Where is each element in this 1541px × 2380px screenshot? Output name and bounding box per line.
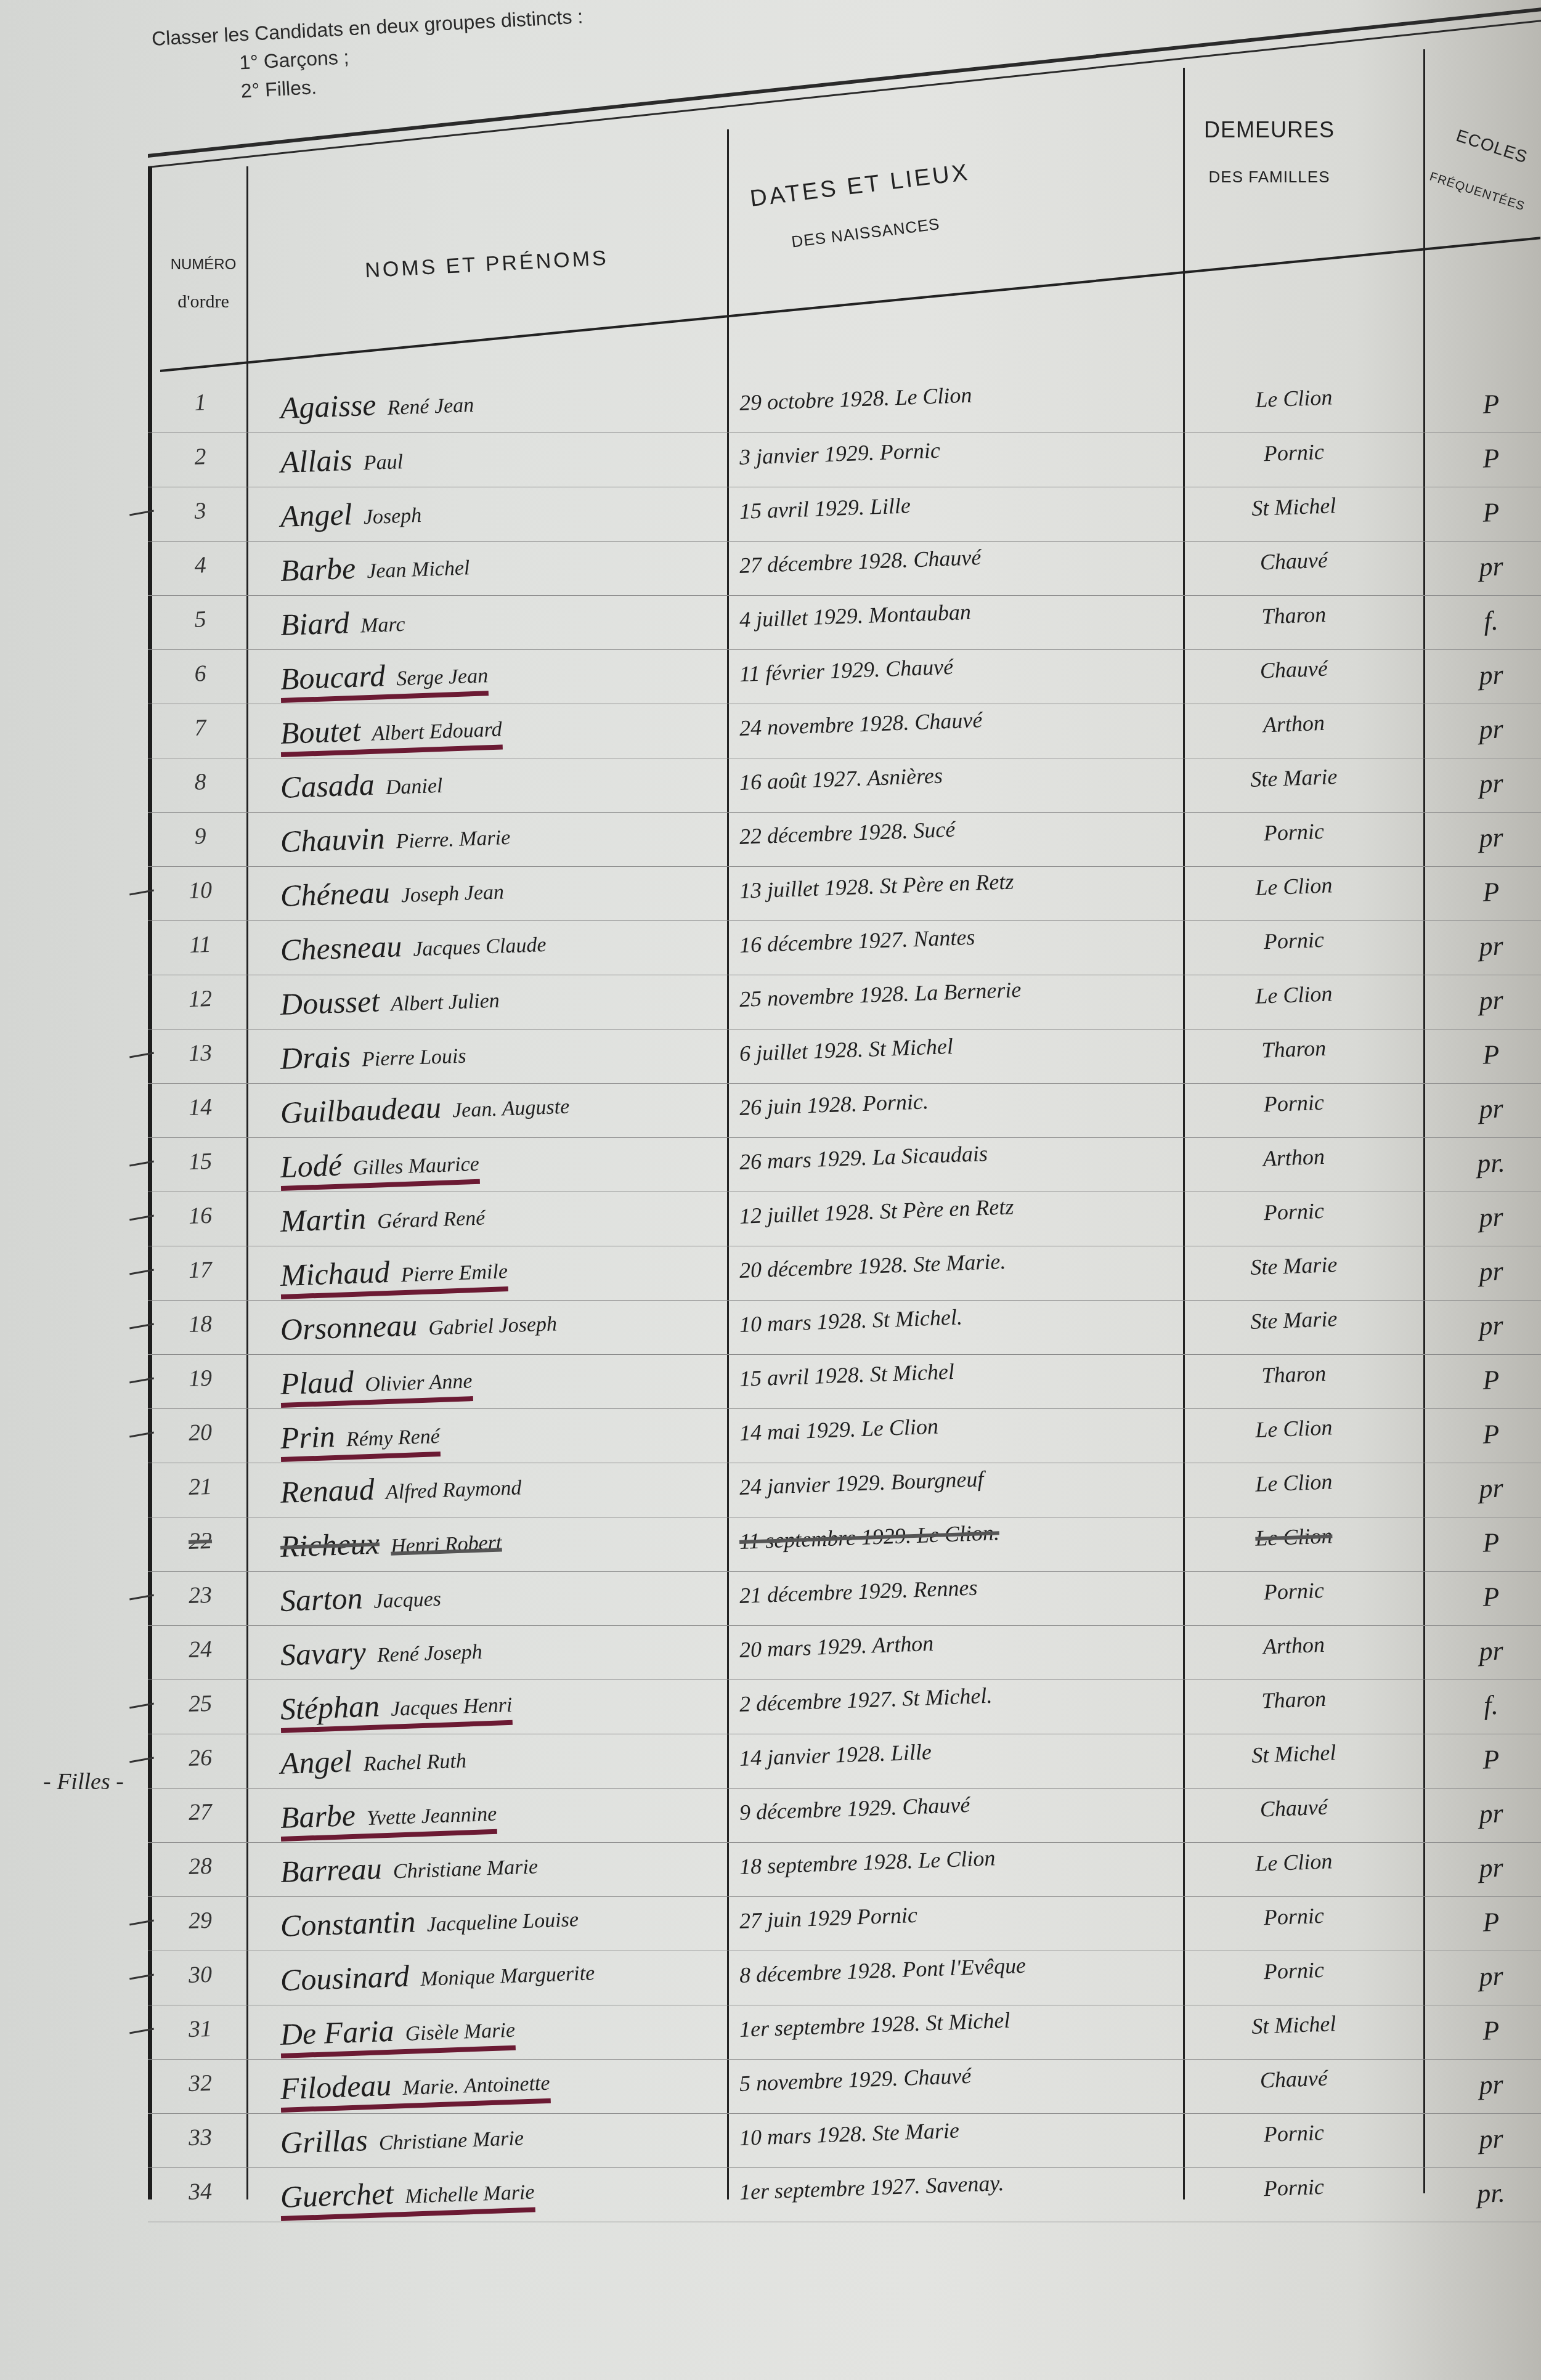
candidate-name: DraisPierre Louis (280, 1034, 466, 1076)
birth-date-place: 11 septembre 1929. Le Clion. (739, 1519, 999, 1554)
candidate-name: AgaisseRené Jean (280, 383, 474, 426)
school-attended: pr (1441, 1850, 1541, 1885)
candidate-surname: Cousinard (280, 1959, 410, 1997)
birth-date-place: 25 novembre 1928. La Bernerie (739, 977, 1022, 1012)
birth-date-place: 20 décembre 1928. Ste Marie. (739, 1248, 1006, 1283)
row-number: 3 (172, 497, 228, 526)
school-attended: pr (1441, 820, 1541, 855)
school-attended: pr (1441, 657, 1541, 692)
candidate-surname: Guilbaudeau (280, 1090, 442, 1130)
candidate-surname: Grillas (280, 2122, 368, 2160)
candidate-name: GuerchetMichelle Marie (280, 2171, 535, 2221)
table-row: 6 BoucardSerge Jean 11 février 1929. Cha… (148, 650, 1541, 704)
candidate-name: CasadaDaniel (280, 764, 443, 805)
candidate-surname: Angel (280, 1744, 353, 1781)
table-body: 1 AgaisseRené Jean 29 octobre 1928. Le C… (148, 379, 1541, 2222)
candidate-given-names: Rachel Ruth (363, 1749, 466, 1776)
table-row: 14 GuilbaudeauJean. Auguste 26 juin 1928… (148, 1084, 1541, 1138)
table-row: 5 BiardMarc 4 juillet 1929. Montauban Th… (148, 596, 1541, 650)
family-residence: Le Clion (1164, 869, 1423, 904)
row-number: 18 (172, 1310, 228, 1339)
family-residence: Arthon (1164, 706, 1423, 741)
school-attended: P (1441, 1904, 1541, 1939)
candidates-table: NUMÉRO d'ordre NOMS ET PRÉNOMS DATES ET … (148, 166, 1541, 2224)
birth-date-place: 10 mars 1928. Ste Marie (739, 2118, 959, 2151)
candidate-name: RicheuxHenri Robert (280, 1521, 502, 1564)
margin-tick-mark (129, 1323, 154, 1330)
row-number: 7 (172, 713, 228, 742)
table-row: 27 BarbeYvette Jeannine 9 décembre 1929.… (148, 1789, 1541, 1843)
table-row: 17 MichaudPierre Emile 20 décembre 1928.… (148, 1246, 1541, 1301)
candidate-surname: Renaud (280, 1472, 375, 1509)
candidate-surname: Barbe (280, 1798, 356, 1835)
school-attended: pr (1441, 2121, 1541, 2156)
birth-date-place: 5 novembre 1929. Chauvé (739, 2063, 972, 2097)
family-residence: Le Clion (1164, 381, 1423, 416)
candidate-surname: Chauvin (280, 821, 385, 859)
school-attended: P (1441, 386, 1541, 421)
birth-date-place: 11 février 1929. Chauvé (739, 654, 954, 687)
school-attended: pr (1441, 1471, 1541, 1506)
family-residence: Pornic (1164, 1086, 1423, 1121)
birth-date-place: 14 janvier 1928. Lille (739, 1739, 932, 1771)
school-attended: pr (1441, 1308, 1541, 1343)
candidate-given-names: Joseph Jean (400, 880, 504, 907)
candidate-name: ConstantinJacqueline Louise (280, 1898, 579, 1944)
birth-date-place: 15 avril 1929. Lille (739, 492, 911, 524)
candidate-surname: Agaisse (280, 388, 376, 425)
family-residence: Le Clion (1164, 1465, 1423, 1500)
candidate-given-names: Jacques (373, 1588, 442, 1613)
table-row: 31 De FariaGisèle Marie 1er septembre 19… (148, 2005, 1541, 2060)
row-number: 10 (172, 876, 228, 905)
candidate-name: AllaisPaul (280, 440, 404, 480)
row-number: 26 (172, 1744, 228, 1773)
candidate-given-names: Paul (363, 450, 403, 474)
school-attended: P (1441, 2013, 1541, 2048)
row-number: 17 (172, 1256, 228, 1285)
table-row: 25 StéphanJacques Henri 2 décembre 1927.… (148, 1680, 1541, 1734)
school-attended: pr (1441, 1091, 1541, 1126)
row-number: 23 (172, 1581, 228, 1610)
header-noms: NOMS ET PRÉNOMS (270, 242, 702, 288)
candidate-surname: Richeux (280, 1525, 380, 1564)
birth-date-place: 26 mars 1929. La Sicaudais (739, 1140, 988, 1175)
family-residence: Chauvé (1164, 543, 1423, 579)
margin-tick-mark (129, 1378, 154, 1384)
candidate-name: StéphanJacques Henri (280, 1683, 513, 1733)
candidate-surname: Lodé (280, 1148, 343, 1184)
row-number: 14 (172, 1093, 228, 1122)
candidate-given-names: Alfred Raymond (385, 1476, 522, 1504)
birth-date-place: 1er septembre 1927. Savenay. (739, 2170, 1004, 2205)
school-attended: P (1441, 1742, 1541, 1777)
row-number: 1 (172, 388, 228, 417)
family-residence: Arthon (1164, 1140, 1423, 1175)
family-residence: Tharon (1164, 1031, 1423, 1066)
school-attended: f. (1441, 603, 1541, 638)
table-row: 20 PrinRémy René 14 mai 1929. Le Clion L… (148, 1409, 1541, 1463)
candidate-given-names: Michelle Marie (404, 2181, 535, 2208)
row-number: 9 (172, 822, 228, 851)
school-attended: P (1441, 1416, 1541, 1452)
family-residence: Le Clion (1164, 1519, 1423, 1554)
birth-date-place: 27 juin 1929 Pornic (739, 1902, 917, 1934)
birth-date-place: 20 mars 1929. Arthon (739, 1630, 934, 1663)
margin-tick-mark (129, 2028, 154, 2034)
family-residence: Le Clion (1164, 977, 1423, 1012)
table-row: 23 SartonJacques 21 décembre 1929. Renne… (148, 1572, 1541, 1626)
candidate-given-names: Pierre Emile (400, 1260, 508, 1286)
school-attended: pr (1441, 1633, 1541, 1668)
margin-tick-mark (129, 1052, 154, 1058)
row-number: 32 (172, 2069, 228, 2098)
candidate-given-names: Jean Michel (367, 556, 470, 583)
header-ecoles-sub: FRÉQUENTÉES (1417, 166, 1538, 218)
instructions-block: Classer les Candidats en deux groupes di… (151, 2, 587, 109)
table-row: 18 OrsonneauGabriel Joseph 10 mars 1928.… (148, 1301, 1541, 1355)
header-dates-label: DATES ET LIEUX (749, 160, 971, 212)
family-residence: Pornic (1164, 923, 1423, 958)
table-row: 22 RicheuxHenri Robert 11 septembre 1929… (148, 1517, 1541, 1572)
candidate-surname: Martin (280, 1201, 367, 1238)
family-residence: Ste Marie (1164, 760, 1423, 795)
birth-date-place: 27 décembre 1928. Chauvé (739, 544, 982, 579)
candidate-name: BoutetAlbert Edouard (280, 707, 503, 757)
school-attended: P (1441, 1579, 1541, 1614)
row-number: 21 (172, 1472, 228, 1501)
margin-tick-mark (129, 1974, 154, 1980)
header-demeures: DEMEURES DES FAMILLES (1134, 117, 1405, 187)
candidate-name: BoucardSerge Jean (280, 654, 489, 703)
candidate-surname: Stéphan (280, 1688, 380, 1726)
header-demeures-sub: DES FAMILLES (1134, 168, 1405, 187)
table-row: 7 BoutetAlbert Edouard 24 novembre 1928.… (148, 704, 1541, 758)
candidate-name: BarbeYvette Jeannine (280, 1792, 498, 1842)
candidate-name: AngelJoseph (280, 493, 422, 534)
margin-tick-mark (129, 890, 154, 896)
row-number: 33 (172, 2123, 228, 2152)
candidate-given-names: Jacques Claude (413, 933, 547, 961)
document-page: Classer les Candidats en deux groupes di… (0, 0, 1541, 2380)
table-row: 8 CasadaDaniel 16 août 1927. Asnières St… (148, 758, 1541, 813)
school-attended: f. (1441, 1688, 1541, 1723)
candidate-name: SartonJacques (280, 1577, 442, 1618)
header-bottom-rule (160, 237, 1540, 372)
candidate-surname: Savary (280, 1635, 367, 1672)
candidate-surname: De Faria (280, 2013, 395, 2052)
header-demeures-label: DEMEURES (1204, 117, 1335, 142)
birth-date-place: 3 janvier 1929. Pornic (739, 437, 940, 470)
row-number: 30 (172, 1960, 228, 1989)
row-number: 11 (172, 930, 228, 959)
margin-tick-mark (129, 510, 154, 516)
birth-date-place: 1er septembre 1928. St Michel (739, 2007, 1010, 2042)
school-attended: pr (1441, 1200, 1541, 1235)
candidate-surname: Boutet (280, 713, 361, 750)
candidate-surname: Chesneau (280, 928, 402, 967)
row-number: 16 (172, 1201, 228, 1230)
candidate-surname: Guerchet (280, 2176, 394, 2214)
school-attended: pr (1441, 1796, 1541, 1831)
birth-date-place: 18 septembre 1928. Le Clion (739, 1845, 996, 1880)
candidate-given-names: Joseph (363, 504, 422, 529)
table-row: 21 RenaudAlfred Raymond 24 janvier 1929.… (148, 1463, 1541, 1517)
family-residence: Tharon (1164, 1357, 1423, 1392)
family-residence: St Michel (1164, 2007, 1423, 2042)
candidate-name: RenaudAlfred Raymond (280, 1466, 522, 1510)
family-residence: St Michel (1164, 1736, 1423, 1771)
table-row: 16 MartinGérard René 12 juillet 1928. St… (148, 1192, 1541, 1246)
table-row: 10 ChéneauJoseph Jean 13 juillet 1928. S… (148, 867, 1541, 921)
candidate-given-names: Yvette Jeannine (367, 1803, 497, 1830)
family-residence: Ste Marie (1164, 1248, 1423, 1283)
candidate-given-names: Rémy René (346, 1425, 440, 1451)
school-attended: P (1441, 874, 1541, 909)
candidate-name: OrsonneauGabriel Joseph (280, 1302, 558, 1347)
school-attended: pr. (1441, 1145, 1541, 1180)
candidate-given-names: Pierre. Marie (396, 826, 511, 853)
header-numero-sub: d'ordre (163, 283, 243, 320)
candidate-surname: Angel (280, 497, 353, 534)
candidate-name: De FariaGisèle Marie (280, 2008, 516, 2058)
candidate-surname: Plaud (280, 1364, 354, 1401)
candidate-given-names: Christiane Marie (378, 2127, 524, 2155)
birth-date-place: 22 décembre 1928. Sucé (739, 816, 956, 850)
candidate-name: BarreauChristiane Marie (280, 1845, 539, 1890)
table-row: 2 AllaisPaul 3 janvier 1929. Pornic Porn… (148, 433, 1541, 487)
candidate-given-names: Marc (360, 613, 406, 638)
candidate-name: AngelRachel Ruth (280, 1739, 467, 1781)
margin-tick-mark (129, 1161, 154, 1167)
candidate-surname: Michaud (280, 1254, 391, 1293)
table-row: 3 AngelJoseph 15 avril 1929. Lille St Mi… (148, 487, 1541, 542)
row-number: 31 (172, 2015, 228, 2044)
table-row: 11 ChesneauJacques Claude 16 décembre 19… (148, 921, 1541, 975)
candidate-surname: Drais (280, 1039, 351, 1076)
candidate-given-names: Gilles Maurice (352, 1153, 479, 1180)
row-number: 28 (172, 1852, 228, 1881)
row-number: 29 (172, 1906, 228, 1935)
candidate-surname: Allais (280, 442, 353, 479)
table-row: 4 BarbeJean Michel 27 décembre 1928. Cha… (148, 542, 1541, 596)
candidate-name: GuilbaudeauJean. Auguste (280, 1085, 570, 1131)
row-number: 20 (172, 1418, 228, 1447)
table-row: 32 FilodeauMarie. Antoinette 5 novembre … (148, 2060, 1541, 2114)
candidate-given-names: Henri Robert (390, 1531, 502, 1558)
birth-date-place: 2 décembre 1927. St Michel. (739, 1683, 993, 1717)
candidate-name: PrinRémy René (280, 1415, 441, 1462)
row-number: 13 (172, 1039, 228, 1068)
candidate-given-names: Gérard René (376, 1206, 485, 1233)
candidate-name: MartinGérard René (280, 1196, 486, 1239)
candidate-surname: Filodeau (280, 2068, 392, 2106)
table-row: 28 BarreauChristiane Marie 18 septembre … (148, 1843, 1541, 1897)
candidate-surname: Barbe (280, 551, 356, 588)
birth-date-place: 13 juillet 1928. St Père en Retz (739, 868, 1014, 904)
candidate-name: MichaudPierre Emile (280, 1249, 508, 1299)
candidate-surname: Dousset (280, 983, 380, 1021)
candidate-surname: Chéneau (280, 875, 391, 913)
family-residence: Tharon (1164, 1682, 1423, 1717)
candidate-surname: Barreau (280, 1851, 383, 1889)
school-attended: pr (1441, 1959, 1541, 1994)
row-number: 24 (172, 1635, 228, 1664)
birth-date-place: 21 décembre 1929. Rennes (739, 1575, 978, 1609)
birth-date-place: 16 août 1927. Asnières (739, 762, 943, 795)
birth-date-place: 15 avril 1928. St Michel (739, 1359, 954, 1392)
row-number: 22 (172, 1527, 228, 1556)
table-row: 30 CousinardMonique Marguerite 8 décembr… (148, 1951, 1541, 2005)
table-row: 19 PlaudOlivier Anne 15 avril 1928. St M… (148, 1355, 1541, 1409)
table-row: 1 AgaisseRené Jean 29 octobre 1928. Le C… (148, 379, 1541, 433)
candidate-given-names: Christiane Marie (392, 1855, 538, 1883)
table-row: 33 GrillasChristiane Marie 10 mars 1928.… (148, 2114, 1541, 2168)
candidate-given-names: René Jean (387, 394, 474, 420)
candidate-given-names: Monique Marguerite (420, 1962, 595, 1991)
family-residence: Chauvé (1164, 2061, 1423, 2097)
candidate-given-names: Serge Jean (396, 664, 489, 690)
candidate-name: ChauvinPierre. Marie (280, 816, 511, 859)
margin-tick-mark (129, 1594, 154, 1601)
candidate-given-names: Olivier Anne (365, 1370, 473, 1396)
row-number: 25 (172, 1689, 228, 1718)
header-numero-label: NUMÉRO (163, 246, 243, 283)
row-number: 6 (172, 659, 228, 688)
candidate-surname: Constantin (280, 1904, 416, 1943)
candidate-name: PlaudOlivier Anne (280, 1359, 473, 1408)
margin-tick-mark (129, 1703, 154, 1709)
table-row: 26 AngelRachel Ruth 14 janvier 1928. Lil… (148, 1734, 1541, 1789)
candidate-surname: Biard (280, 605, 350, 642)
family-residence: Pornic (1164, 814, 1423, 850)
margin-tick-mark (129, 1269, 154, 1275)
family-residence: Pornic (1164, 1899, 1423, 1934)
candidate-given-names: René Joseph (376, 1641, 482, 1667)
school-attended: pr (1441, 2067, 1541, 2102)
birth-date-place: 26 juin 1928. Pornic. (739, 1088, 929, 1121)
candidate-given-names: Jean. Auguste (452, 1095, 570, 1123)
row-number: 2 (172, 442, 228, 471)
school-attended: pr (1441, 549, 1541, 584)
row-number: 27 (172, 1798, 228, 1827)
header-ecoles: ECOLES FRÉQUENTÉES (1417, 118, 1541, 218)
candidate-name: FilodeauMarie. Antoinette (280, 2061, 551, 2113)
candidate-surname: Boucard (280, 658, 386, 696)
row-number: 5 (172, 605, 228, 634)
candidate-name: BarbeJean Michel (280, 546, 470, 588)
school-attended: P (1441, 1037, 1541, 1072)
family-residence: Le Clion (1164, 1845, 1423, 1880)
birth-date-place: 4 juillet 1929. Montauban (739, 599, 971, 633)
candidate-name: ChéneauJoseph Jean (280, 870, 505, 914)
family-residence: Tharon (1164, 598, 1423, 633)
school-attended: P (1441, 495, 1541, 530)
row-number: 15 (172, 1147, 228, 1176)
candidate-given-names: Daniel (385, 774, 443, 799)
row-number: 8 (172, 768, 228, 797)
school-attended: pr (1441, 928, 1541, 964)
birth-date-place: 16 décembre 1927. Nantes (739, 924, 975, 958)
birth-date-place: 10 mars 1928. St Michel. (739, 1304, 962, 1338)
candidate-given-names: Albert Edouard (372, 718, 502, 745)
school-attended: pr. (1441, 2175, 1541, 2211)
candidate-given-names: Jacqueline Louise (426, 1908, 579, 1936)
family-residence: Chauvé (1164, 1790, 1423, 1826)
candidate-name: ChesneauJacques Claude (280, 923, 547, 968)
birth-date-place: 14 mai 1929. Le Clion (739, 1413, 938, 1446)
family-residence: Chauvé (1164, 652, 1423, 687)
birth-date-place: 9 décembre 1929. Chauvé (739, 1792, 970, 1826)
family-residence: Ste Marie (1164, 1302, 1423, 1338)
family-residence: Pornic (1164, 2116, 1423, 2151)
birth-date-place: 24 janvier 1929. Bourgneuf (739, 1466, 984, 1500)
family-residence: Pornic (1164, 1953, 1423, 1988)
row-number: 19 (172, 1364, 228, 1393)
school-attended: pr (1441, 983, 1541, 1018)
school-attended: pr (1441, 1254, 1541, 1289)
margin-tick-mark (129, 1432, 154, 1438)
table-row: 12 DoussetAlbert Julien 25 novembre 1928… (148, 975, 1541, 1030)
candidate-given-names: Jacques Henri (390, 1694, 512, 1721)
table-row: 34 GuerchetMichelle Marie 1er septembre … (148, 2168, 1541, 2222)
header-dates: DATES ET LIEUX DES NAISSANCES (675, 150, 1050, 265)
candidate-given-names: Gisèle Marie (405, 2019, 516, 2045)
row-number: 34 (172, 2177, 228, 2206)
filles-section-label: - Filles - (43, 1768, 124, 1795)
candidate-surname: Casada (280, 767, 375, 805)
candidate-name: CousinardMonique Marguerite (280, 1951, 595, 1998)
school-attended: P (1441, 1362, 1541, 1397)
candidate-name: GrillasChristiane Marie (280, 2116, 524, 2161)
family-residence: Le Clion (1164, 1411, 1423, 1446)
family-residence: Pornic (1164, 1194, 1423, 1229)
table-row: 15 LodéGilles Maurice 26 mars 1929. La S… (148, 1138, 1541, 1192)
margin-tick-mark (129, 1757, 154, 1763)
school-attended: pr (1441, 712, 1541, 747)
family-residence: Pornic (1164, 2170, 1423, 2205)
table-row: 24 SavaryRené Joseph 20 mars 1929. Artho… (148, 1626, 1541, 1680)
candidate-name: SavaryRené Joseph (280, 1630, 483, 1673)
row-number: 12 (172, 985, 228, 1013)
margin-tick-mark (129, 1215, 154, 1221)
header-numero: NUMÉRO d'ordre (163, 246, 243, 320)
candidate-surname: Sarton (280, 1580, 363, 1618)
birth-date-place: 24 novembre 1928. Chauvé (739, 707, 983, 741)
birth-date-place: 8 décembre 1928. Pont l'Evêque (739, 1952, 1026, 1988)
candidate-given-names: Marie. Antoinette (402, 2072, 550, 2100)
family-residence: St Michel (1164, 489, 1423, 524)
candidate-given-names: Albert Julien (391, 989, 500, 1016)
candidate-given-names: Gabriel Joseph (428, 1312, 558, 1339)
table-row: 29 ConstantinJacqueline Louise 27 juin 1… (148, 1897, 1541, 1951)
family-residence: Pornic (1164, 435, 1423, 470)
candidate-name: LodéGilles Maurice (280, 1142, 480, 1191)
family-residence: Arthon (1164, 1628, 1423, 1663)
candidate-surname: Orsonneau (280, 1307, 418, 1347)
candidate-surname: Prin (280, 1419, 336, 1455)
header-ecoles-label: ECOLES (1454, 126, 1530, 166)
birth-date-place: 29 octobre 1928. Le Clion (739, 382, 972, 416)
table-row: 13 DraisPierre Louis 6 juillet 1928. St … (148, 1030, 1541, 1084)
candidate-name: BiardMarc (280, 603, 405, 643)
birth-date-place: 6 juillet 1928. St Michel (739, 1033, 953, 1066)
school-attended: P (1441, 1525, 1541, 1560)
margin-tick-mark (129, 1920, 154, 1926)
candidate-given-names: Pierre Louis (361, 1044, 466, 1071)
header-dates-sub: DES NAISSANCES (681, 201, 1050, 265)
table-row: 9 ChauvinPierre. Marie 22 décembre 1928.… (148, 813, 1541, 867)
